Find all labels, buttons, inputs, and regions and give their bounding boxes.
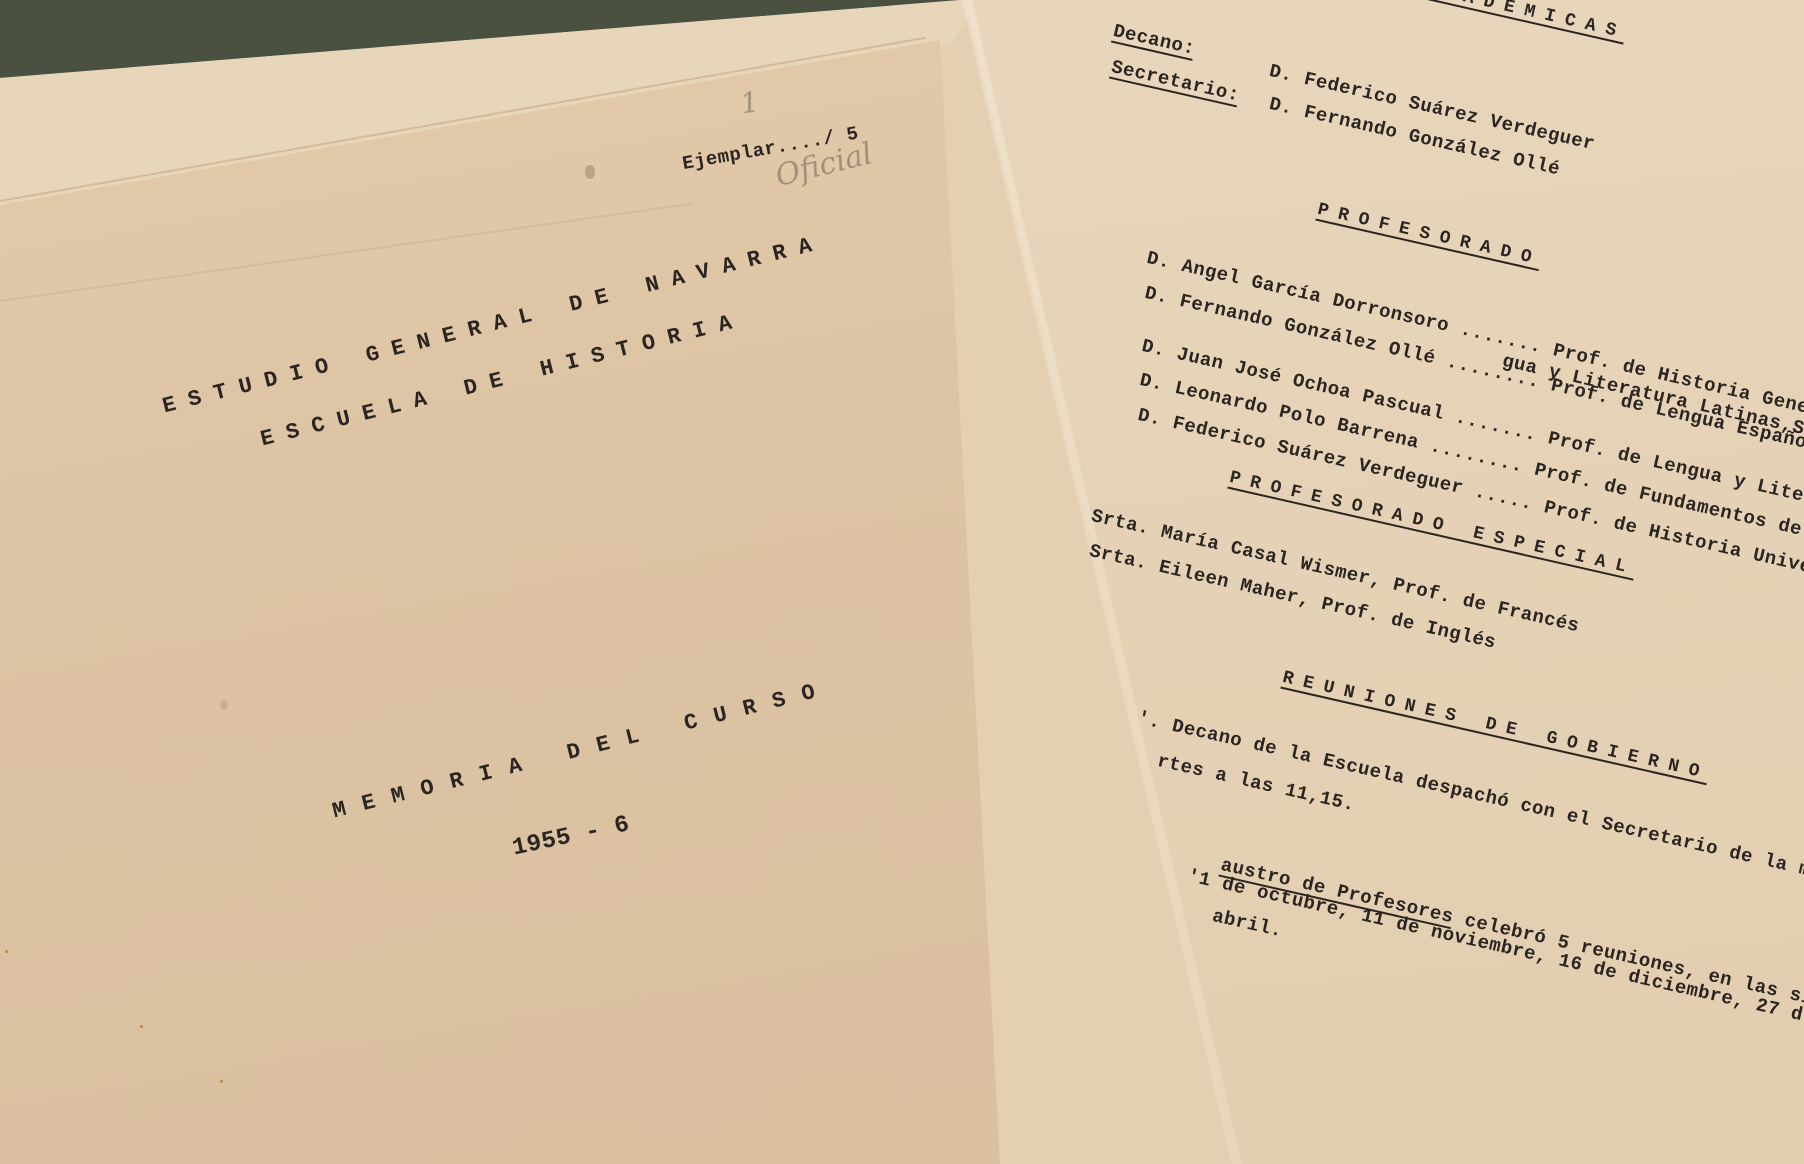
paper-speck [140, 1025, 143, 1028]
document-photo: Ejemplar..../ 5 1 Oficial ESTUDIO GENERA… [0, 0, 1804, 1164]
paper-stain [585, 165, 595, 179]
paper-speck [220, 1080, 223, 1083]
paper-stain [220, 700, 228, 710]
paper-speck [5, 950, 8, 953]
dot-leader: ..... [1472, 480, 1535, 515]
